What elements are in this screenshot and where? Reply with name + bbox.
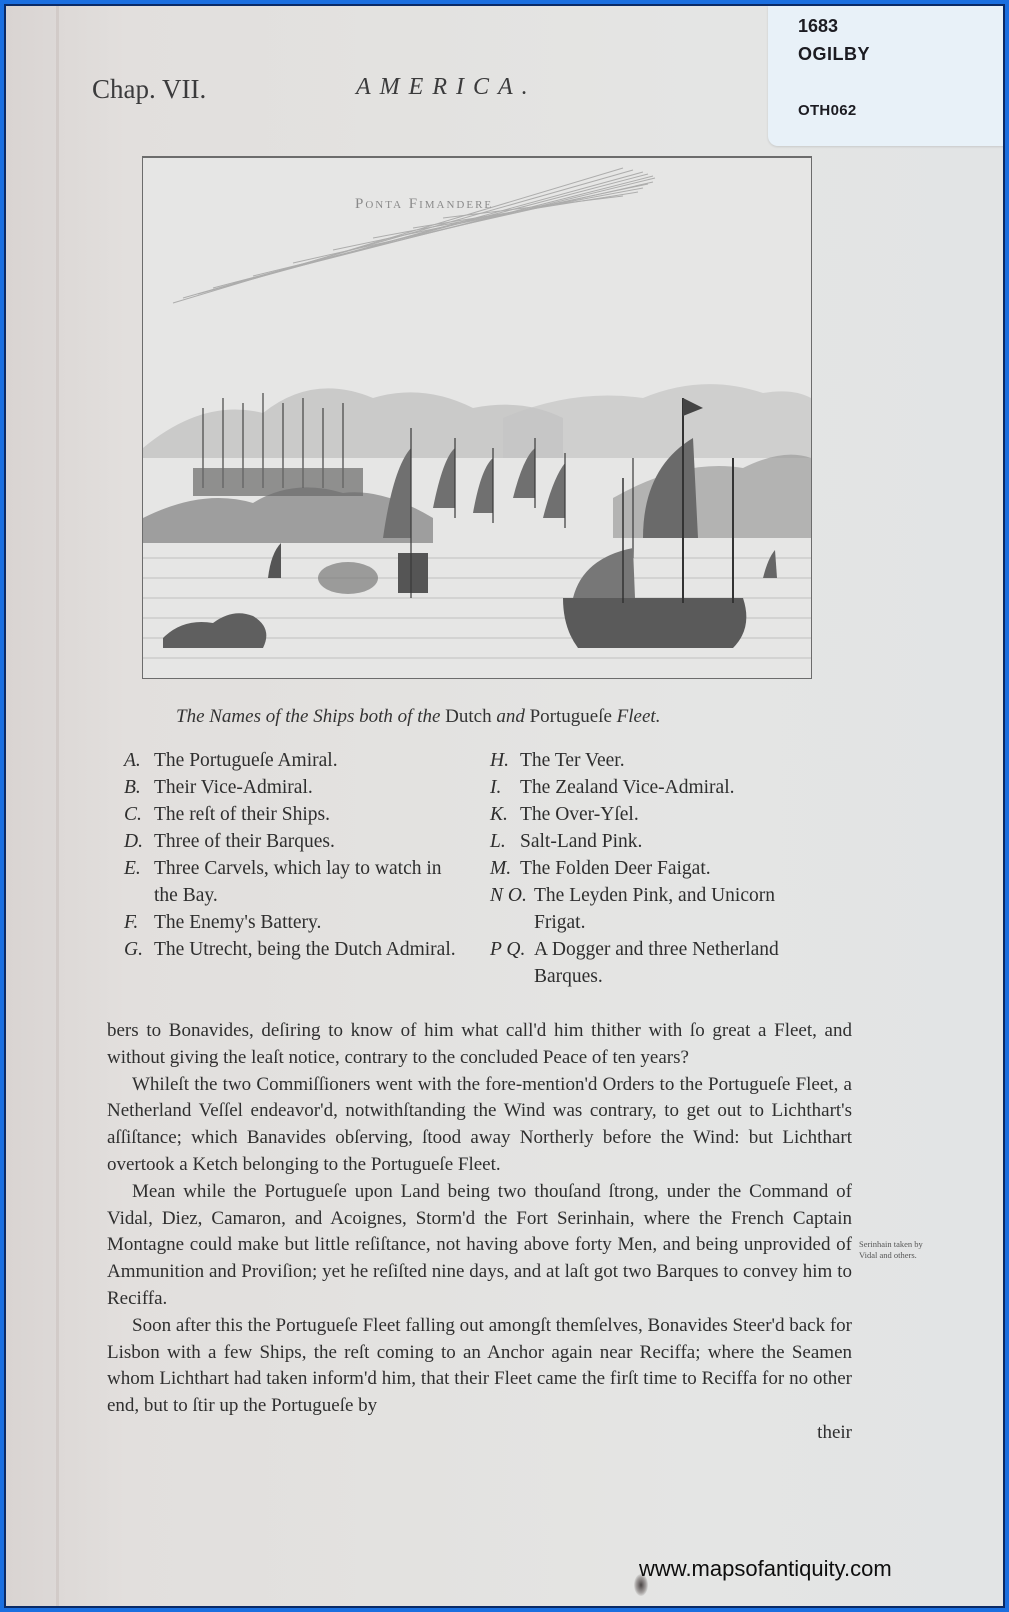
- legend-text: The Zealand Vice-Admiral.: [520, 777, 735, 798]
- document-page: 1683 OGILBY OTH062 Chap. VII. AMERICA.: [6, 6, 1003, 1606]
- legend-item: K.The Over-Yſel.: [490, 801, 830, 828]
- legend-item: L.Salt-Land Pink.: [490, 828, 830, 855]
- legend-item: G.The Utrecht, being the Dutch Admiral.: [124, 936, 456, 963]
- paragraph: Soon after this the Portugueſe Fleet fal…: [107, 1313, 852, 1420]
- barque-sloop-q: [763, 550, 777, 578]
- inventory-label-card: 1683 OGILBY OTH062: [768, 6, 1003, 146]
- plate-caption: The Names of the Ships both of the Dutch…: [176, 706, 816, 728]
- legend-key: A.: [124, 747, 141, 774]
- caption-part-1: The Names of the Ships both of the: [176, 706, 440, 727]
- legend-text: The Enemy's Battery.: [154, 912, 321, 933]
- legend-item: M.The Folden Deer Faigat.: [490, 855, 830, 882]
- paragraph: Whileſt the two Commiſſioners went with …: [107, 1072, 852, 1179]
- body-text: bers to Bonavides, deſiring to know of h…: [107, 1018, 852, 1447]
- legend-text: The Utrecht, being the Dutch Admiral.: [154, 939, 456, 960]
- legend-key: I.: [490, 774, 501, 801]
- legend-key: P Q.: [490, 936, 525, 963]
- legend-key: M.: [490, 855, 511, 882]
- legend-text: The Folden Deer Faigat.: [520, 858, 711, 879]
- legend-item: P Q.A Dogger and three Netherland Barque…: [490, 936, 830, 990]
- paragraph-continued: bers to Bonavides, deſiring to know of h…: [107, 1018, 852, 1072]
- legend-text: Salt-Land Pink.: [520, 831, 642, 852]
- legend-right-column: H.The Ter Veer. I.The Zealand Vice-Admir…: [490, 747, 830, 990]
- legend-key: E.: [124, 855, 141, 882]
- legend-item: I.The Zealand Vice-Admiral.: [490, 774, 830, 801]
- caption-part-4: Portugueſe: [530, 706, 612, 727]
- legend-text: The Ter Veer.: [520, 750, 625, 771]
- dogger-sloop-p: [268, 543, 281, 578]
- caption-part-5: Fleet.: [617, 706, 661, 727]
- legend-key: H.: [490, 747, 509, 774]
- legend-item: H.The Ter Veer.: [490, 747, 830, 774]
- legend-text: The reſt of their Ships.: [154, 804, 330, 825]
- legend-item: D.Three of their Barques.: [124, 828, 456, 855]
- margin-note: Serinhain taken by Vidal and others.: [859, 1239, 929, 1261]
- legend-text: Their Vice-Admiral.: [154, 777, 313, 798]
- label-year: 1683: [798, 16, 838, 37]
- watermark-url: www.mapsofantiquity.com: [639, 1556, 892, 1582]
- legend-item: E.Three Carvels, which lay to watch in t…: [124, 855, 456, 909]
- legend-key: G.: [124, 936, 143, 963]
- legend-item: F.The Enemy's Battery.: [124, 909, 456, 936]
- battery-smoke: [318, 562, 378, 594]
- chapter-heading: Chap. VII.: [92, 74, 206, 105]
- legend-key: L.: [490, 828, 506, 855]
- legend-item: N O.The Leyden Pink, and Unicorn Frigat.: [490, 882, 830, 936]
- catchword: their: [107, 1420, 852, 1447]
- legend-text: The Portugueſe Amiral.: [154, 750, 338, 771]
- engraving-plate: Ponta Fimandere: [142, 156, 812, 679]
- sky-streak-lines: [173, 168, 655, 303]
- region-heading: AMERICA.: [356, 74, 537, 101]
- label-stock-code: OTH062: [798, 102, 857, 119]
- label-maker: OGILBY: [798, 44, 870, 65]
- legend-key: N O.: [490, 882, 527, 909]
- legend-left-column: A.The Portugueſe Amiral. B.Their Vice-Ad…: [124, 747, 456, 963]
- plate-place-label: Ponta Fimandere: [355, 196, 493, 213]
- legend-item: C.The reſt of their Ships.: [124, 801, 456, 828]
- caption-part-2: Dutch: [445, 706, 491, 727]
- legend-key: F.: [124, 909, 138, 936]
- legend-key: B.: [124, 774, 141, 801]
- legend-key: C.: [124, 801, 142, 828]
- legend-item: B.Their Vice-Admiral.: [124, 774, 456, 801]
- paragraph: Mean while the Portugueſe upon Land bein…: [107, 1179, 852, 1313]
- middle-fleet: [383, 448, 565, 593]
- legend-text: A Dogger and three Netherland Barques.: [534, 939, 779, 987]
- legend-text: Three of their Barques.: [154, 831, 335, 852]
- legend-text: Three Carvels, which lay to watch in the…: [154, 858, 442, 906]
- legend-text: The Leyden Pink, and Unicorn Frigat.: [534, 885, 775, 933]
- legend-key: K.: [490, 801, 508, 828]
- caption-part-3: and: [496, 706, 525, 727]
- harbor-fleet-engraving: [143, 158, 811, 678]
- legend-item: A.The Portugueſe Amiral.: [124, 747, 456, 774]
- legend-text: The Over-Yſel.: [520, 804, 639, 825]
- legend-key: D.: [124, 828, 143, 855]
